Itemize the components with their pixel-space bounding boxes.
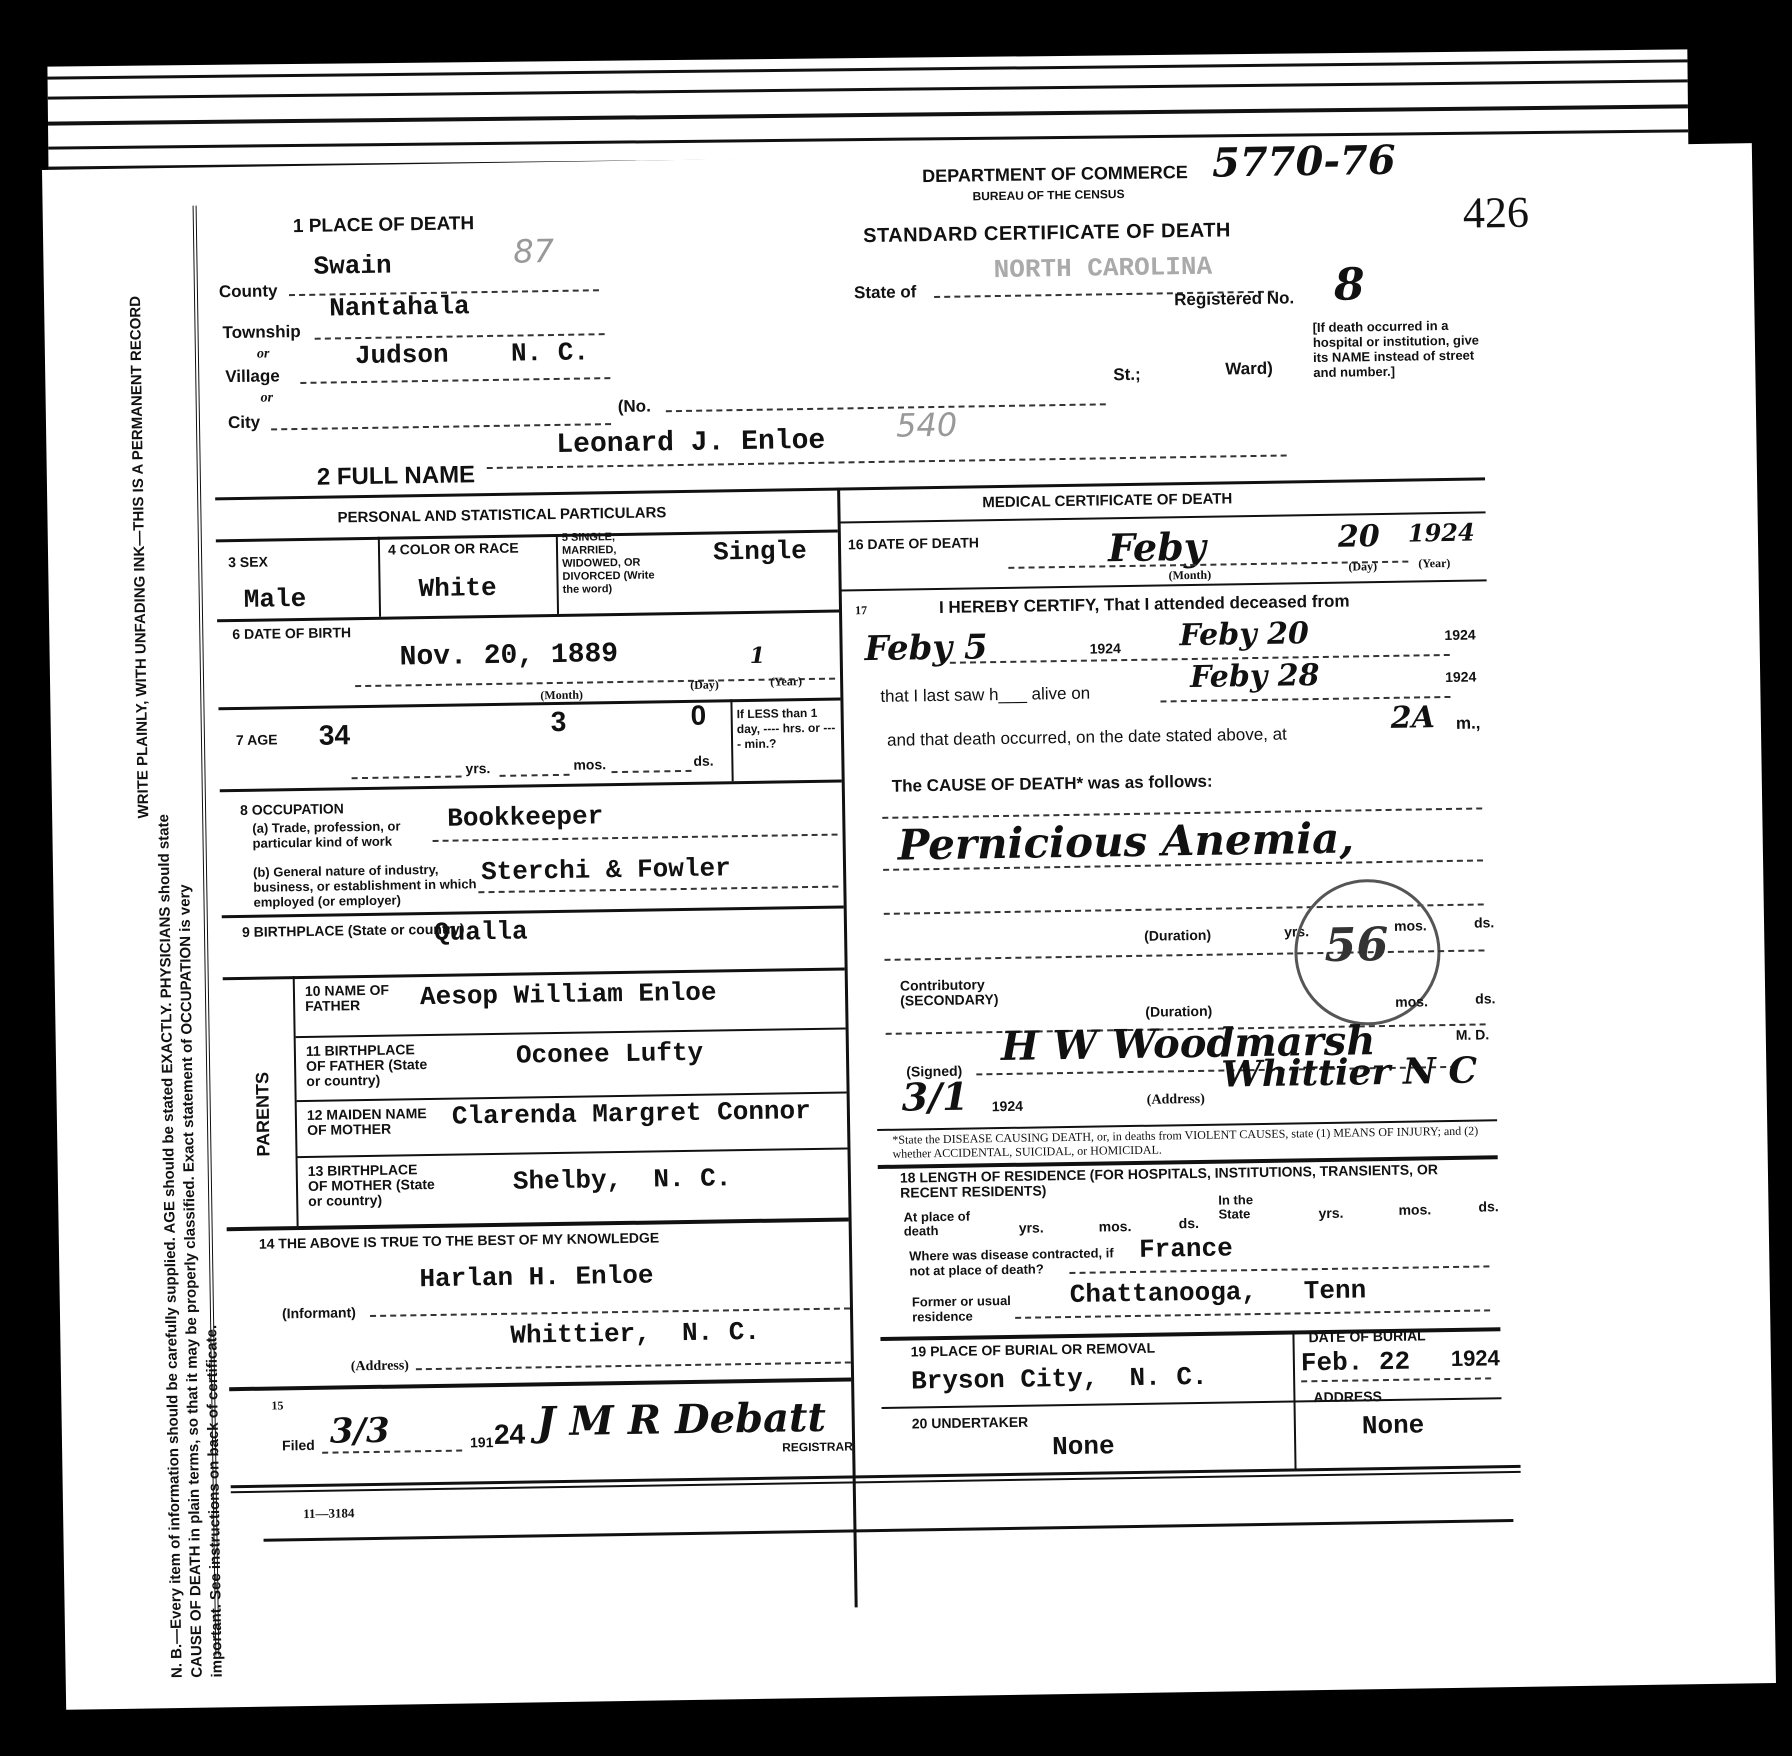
date-of-death-label: 16 DATE OF DEATH <box>848 535 979 552</box>
mother-name-label: 12 MAIDEN NAME OF MOTHER <box>307 1106 437 1138</box>
bureau: BUREAU OF THE CENSUS <box>972 187 1124 204</box>
county-label: County <box>219 281 278 302</box>
employer-value: Sterchi & Fowler <box>481 853 731 887</box>
mos-label: mos. <box>573 757 606 773</box>
age-days: 0 <box>690 700 706 732</box>
informant-name: Harlan H. Enloe <box>419 1261 653 1295</box>
mother-birthplace-value: Shelby, N. C. <box>513 1163 732 1196</box>
day-label: (Day) <box>690 677 719 692</box>
occupation-label: 8 OCCUPATION <box>240 801 344 818</box>
in-state-label: In the State <box>1218 1193 1268 1222</box>
certify-number: 17 <box>855 603 867 618</box>
informant-address-label: (Address) <box>351 1358 409 1375</box>
at-place-label: At place of death <box>903 1209 973 1238</box>
filed-label: Filed <box>282 1438 315 1454</box>
marital-label: 5 SINGLE, MARRIED, WIDOWED, OR DIVORCED … <box>562 530 673 597</box>
burial-date-value: Feb. 22 <box>1301 1347 1411 1379</box>
md-label: M. D. <box>1456 1027 1490 1043</box>
physician-address: Whittier N C <box>1221 1050 1477 1096</box>
attended-from-year: 1924 <box>1090 641 1121 656</box>
in-state-yrs: yrs. <box>1318 1206 1343 1221</box>
place-of-death-label: 1 PLACE OF DEATH <box>293 213 475 238</box>
registered-label: Registered No. <box>1174 288 1294 310</box>
burial-date-label: DATE OF BURIAL <box>1308 1328 1425 1345</box>
parents-label: PARENTS <box>252 1072 274 1157</box>
circled-code: 56 <box>1324 917 1389 972</box>
father-birthplace-label: 11 BIRTHPLACE OF FATHER (State or countr… <box>306 1042 437 1089</box>
informant-label: (Informant) <box>282 1305 356 1321</box>
state-label: State of <box>854 282 917 303</box>
registered-number: 8 <box>1334 259 1365 310</box>
department: DEPARTMENT OF COMMERCE <box>922 162 1188 187</box>
township-value: Nantahala <box>329 291 470 323</box>
city-label: City <box>228 413 260 434</box>
physician-sign-year: 1924 <box>992 1099 1023 1114</box>
township-label: Township <box>222 322 300 343</box>
m-label: m., <box>1456 713 1481 733</box>
undertaker-value: None <box>1052 1431 1115 1462</box>
in-state-ds: ds. <box>1478 1199 1498 1214</box>
name-code: 540 <box>896 406 958 445</box>
certificate-frame <box>193 183 1670 1656</box>
filed-year-prefix: 191 <box>470 1435 494 1450</box>
county-code: 87 <box>513 232 554 271</box>
form-number: 11—3184 <box>303 1505 355 1522</box>
sex-value: Male <box>244 584 307 615</box>
duration-label-1: (Duration) <box>1144 928 1211 944</box>
state-stamp: NORTH CAROLINA <box>993 252 1212 285</box>
death-year-label: (Year) <box>1418 556 1450 572</box>
medical-section-title: MEDICAL CERTIFICATE OF DEATH <box>982 491 1232 510</box>
undertaker-address-label: ADDRESS <box>1313 1389 1382 1405</box>
occupation-a-label: (a) Trade, profession, or particular kin… <box>252 818 432 851</box>
sex-label: 3 SEX <box>228 555 268 571</box>
undertaker-address-value: None <box>1362 1410 1425 1441</box>
village-value: Judson N. C. <box>355 337 589 371</box>
father-name-label: 10 NAME OF FATHER <box>305 982 415 1014</box>
filed-year: 24 <box>494 1419 526 1451</box>
occupation-value: Bookkeeper <box>447 801 603 833</box>
duration-mos-2: mos. <box>1395 994 1428 1010</box>
death-certificate: WRITE PLAINLY, WITH UNFADING INK—THIS IS… <box>42 143 1776 1710</box>
attended-to: Feby 20 <box>1179 616 1309 653</box>
race-label: 4 COLOR OR RACE <box>388 541 519 558</box>
former-residence-label: Former or usual residence <box>912 1293 1012 1325</box>
registrar-label: REGISTRAR <box>782 1439 853 1455</box>
mother-name-value: Clarenda Margret Connor <box>452 1096 811 1132</box>
father-birthplace-value: Oconee Lufty <box>516 1038 704 1071</box>
physician-sign-date: 3/1 <box>901 1074 968 1120</box>
death-time: 2A <box>1391 700 1436 736</box>
last-saw-date: Feby 28 <box>1190 658 1320 695</box>
village-label: Village <box>225 366 280 387</box>
death-month-label: (Month) <box>1168 568 1211 584</box>
ds-label: ds. <box>693 754 713 769</box>
race-value: White <box>418 573 496 604</box>
less-than-day-label: If LESS than 1 day, ---- hrs. or ---- mi… <box>737 706 838 753</box>
file-number: 5770-76 <box>1212 137 1396 187</box>
father-name-value: Aesop William Enloe <box>420 978 717 1013</box>
filing-number: 15 <box>271 1398 283 1413</box>
registrar-signature: J M R Debatt <box>536 1394 826 1446</box>
dob-extra: 1 <box>750 643 766 669</box>
attended-to-year: 1924 <box>1444 628 1475 643</box>
birthplace-value: Qualla <box>434 916 528 947</box>
duration-label-2: (Duration) <box>1145 1004 1212 1020</box>
informant-address: Whittier, N. C. <box>510 1317 760 1351</box>
burial-place-value: Bryson City, N. C. <box>911 1362 1208 1397</box>
death-day: 20 <box>1338 519 1380 555</box>
last-saw-label: that I last saw h___ alive on <box>880 684 1090 707</box>
death-year: 1924 <box>1408 518 1475 548</box>
former-residence-value: Chattanooga, Tenn <box>1070 1275 1367 1310</box>
mother-birthplace-label: 13 BIRTHPLACE OF MOTHER (State or countr… <box>308 1162 439 1209</box>
physician-address-label: (Address) <box>1147 1092 1205 1109</box>
no-label: (No. <box>618 396 651 417</box>
full-name-label: 2 FULL NAME <box>317 461 476 491</box>
undertaker-label: 20 UNDERTAKER <box>912 1415 1029 1432</box>
at-place-mos: mos. <box>1099 1219 1132 1235</box>
contributory-label: Contributory (SECONDARY) <box>900 976 1040 1008</box>
or-label-2: or <box>260 390 273 406</box>
at-place-ds: ds. <box>1179 1216 1199 1231</box>
age-label: 7 AGE <box>236 732 278 748</box>
or-label-1: or <box>257 346 270 362</box>
filed-date: 3/3 <box>330 1411 390 1452</box>
yrs-label: yrs. <box>465 761 490 776</box>
dob-label: 6 DATE OF BIRTH <box>232 625 351 642</box>
sheet-number: 426 <box>1462 187 1529 239</box>
year-label: (Year) <box>770 674 802 690</box>
full-name-value: Leonard J. Enloe <box>556 426 825 461</box>
cause-value: Pernicious Anemia, <box>897 813 1354 869</box>
last-saw-year: 1924 <box>1445 670 1476 685</box>
in-state-mos: mos. <box>1398 1202 1431 1218</box>
age-months: 3 <box>550 706 566 738</box>
duration-ds-2: ds. <box>1475 991 1495 1006</box>
death-day-label: (Day) <box>1348 559 1377 574</box>
contracted-value: France <box>1139 1233 1233 1264</box>
county-value: Swain <box>313 251 391 282</box>
at-place-yrs: yrs. <box>1019 1220 1044 1235</box>
occupation-b-label: (b) General nature of industry, business… <box>253 861 479 910</box>
ward-label: Ward) <box>1225 359 1273 380</box>
dob-value: Nov. 20, 1889 <box>399 639 618 673</box>
marital-value: Single <box>713 536 807 567</box>
burial-year: 1924 <box>1451 1345 1500 1372</box>
duration-ds-1: ds. <box>1474 915 1494 930</box>
hospital-note: [If death occurred in a hospital or inst… <box>1313 317 1494 380</box>
age-years: 34 <box>319 719 351 751</box>
street-label: St.; <box>1113 365 1141 385</box>
